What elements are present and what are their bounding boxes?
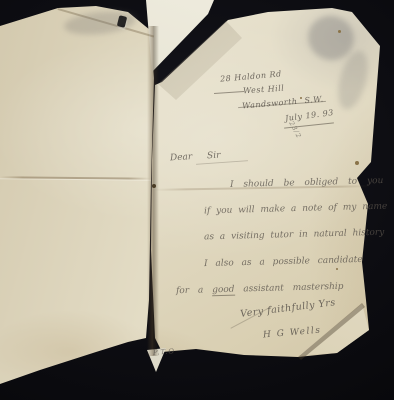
- vertical-fold-crease: [147, 26, 159, 356]
- photo-black-background: 28 Haldon Rd West Hill Wandsworth S.W. J…: [0, 0, 394, 400]
- foxing-dot: [355, 161, 359, 165]
- fold-wear-spot: [152, 184, 156, 188]
- body-line-5-pre: for a: [176, 285, 212, 296]
- body-line-5-emphasis: good: [212, 285, 235, 297]
- foxing-dot: [336, 268, 338, 270]
- pto-note: P.T.O: [153, 347, 176, 357]
- foxing-dot: [338, 30, 341, 33]
